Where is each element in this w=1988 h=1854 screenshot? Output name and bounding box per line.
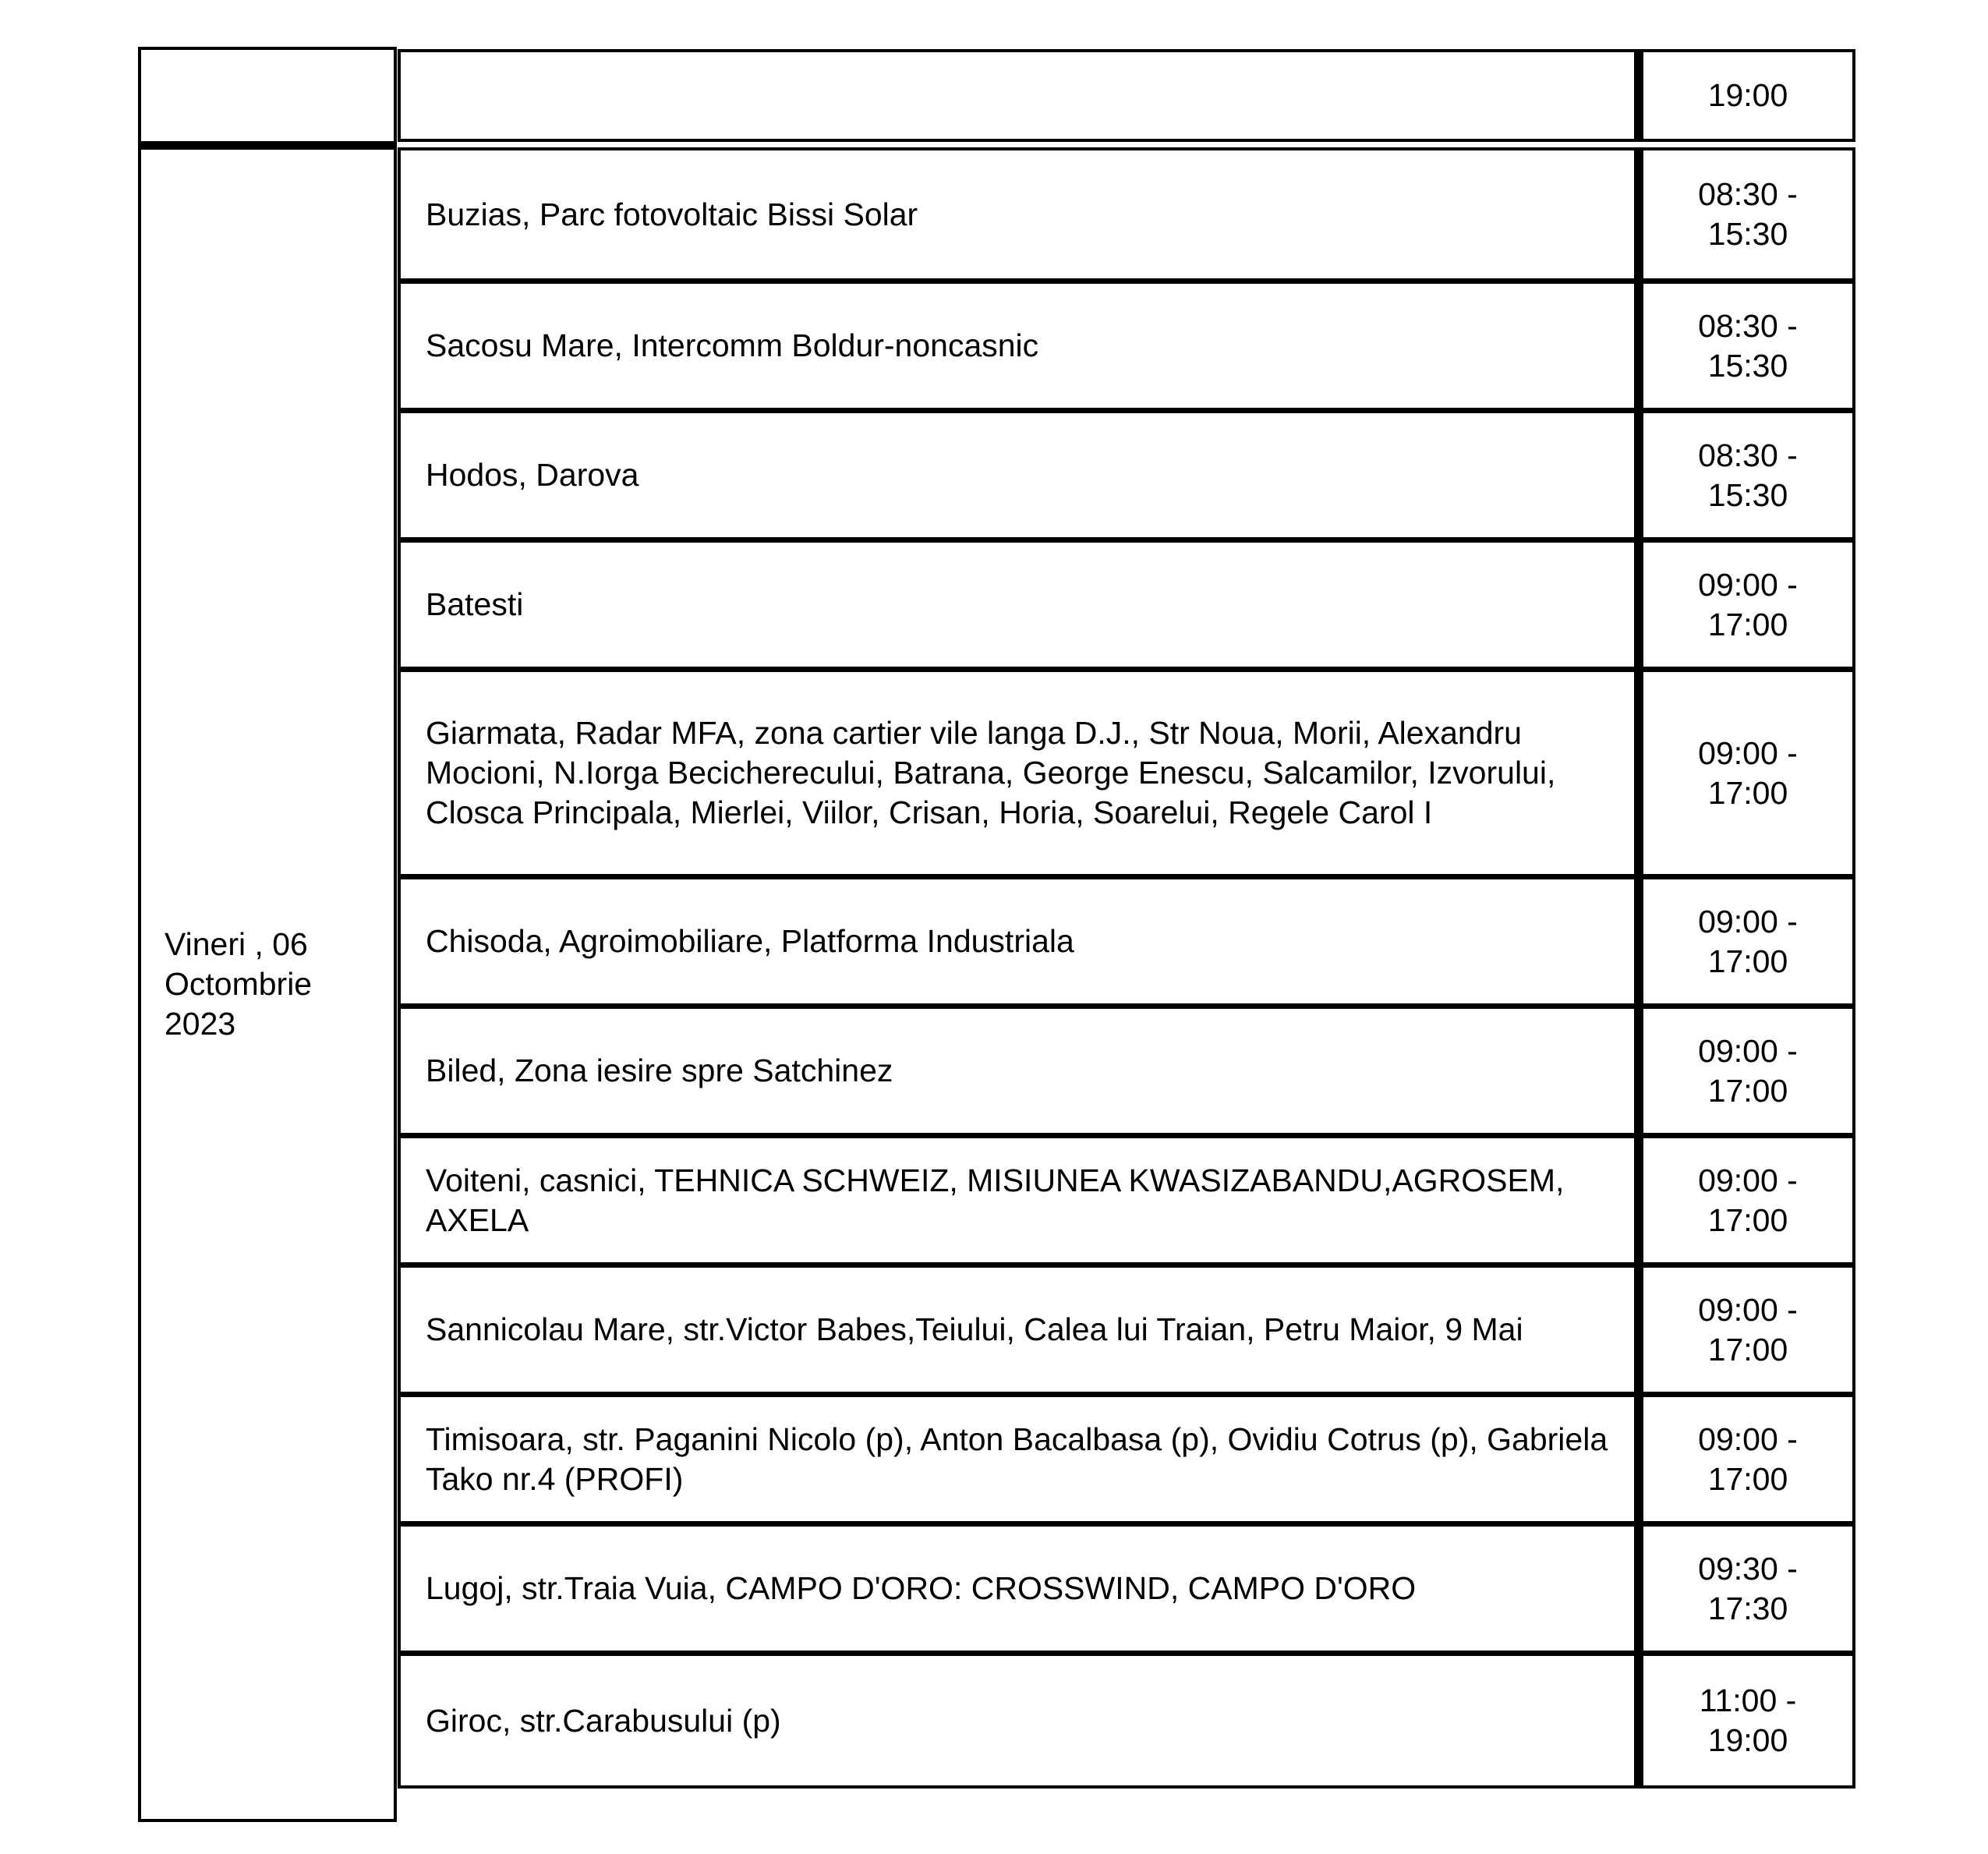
time-cell: 09:00 - 17:00 <box>1637 1262 1855 1395</box>
date-cell-previous <box>138 47 397 144</box>
location-cell: Timisoara, str. Paganini Nicolo (p), Ant… <box>398 1392 1637 1524</box>
table-row: Sacosu Mare, Intercomm Boldur-noncasnic0… <box>398 278 1855 411</box>
location-cell: Sannicolau Mare, str.Victor Babes,Teiulu… <box>398 1262 1637 1395</box>
location-cell <box>398 49 1637 142</box>
location-cell: Chisoda, Agroimobiliare, Platforma Indus… <box>398 874 1637 1007</box>
table-row: Voiteni, casnici, TEHNICA SCHWEIZ, MISIU… <box>398 1133 1855 1265</box>
location-cell: Hodos, Darova <box>398 408 1637 540</box>
time-cell: 09:00 - 17:00 <box>1637 537 1855 670</box>
location-cell: Buzias, Parc fotovoltaic Bissi Solar <box>398 147 1637 281</box>
time-cell: 09:30 - 17:30 <box>1637 1521 1855 1654</box>
location-cell: Sacosu Mare, Intercomm Boldur-noncasnic <box>398 278 1637 411</box>
time-cell: 08:30 - 15:30 <box>1637 408 1855 540</box>
table-row: Chisoda, Agroimobiliare, Platforma Indus… <box>398 874 1855 1007</box>
date-line-month: Octombrie <box>164 964 312 1004</box>
table-row: Lugoj, str.Traia Vuia, CAMPO D'ORO: CROS… <box>398 1521 1855 1654</box>
table-row: Timisoara, str. Paganini Nicolo (p), Ant… <box>398 1392 1855 1524</box>
time-cell: 09:00 - 17:00 <box>1637 874 1855 1007</box>
time-cell: 09:00 - 17:00 <box>1637 1133 1855 1265</box>
table-row-previous: 19:00 <box>398 49 1855 142</box>
date-line-year: 2023 <box>164 1004 312 1044</box>
table-row: Hodos, Darova08:30 - 15:30 <box>398 408 1855 540</box>
location-cell: Lugoj, str.Traia Vuia, CAMPO D'ORO: CROS… <box>398 1521 1637 1654</box>
location-cell: Giroc, str.Carabusului (p) <box>398 1651 1637 1789</box>
time-cell: 09:00 - 17:00 <box>1637 1392 1855 1524</box>
date-cell: Vineri , 06 Octombrie 2023 <box>138 144 397 1822</box>
table-row: Giarmata, Radar MFA, zona cartier vile l… <box>398 667 1855 877</box>
table-row: Batesti09:00 - 17:00 <box>398 537 1855 670</box>
location-cell: Voiteni, casnici, TEHNICA SCHWEIZ, MISIU… <box>398 1133 1637 1265</box>
table-row: Buzias, Parc fotovoltaic Bissi Solar08:3… <box>398 147 1855 281</box>
time-cell: 11:00 - 19:00 <box>1637 1651 1855 1789</box>
time-cell: 08:30 - 15:30 <box>1637 147 1855 281</box>
time-cell: 09:00 - 17:00 <box>1637 1003 1855 1136</box>
location-cell: Biled, Zona iesire spre Satchinez <box>398 1003 1637 1136</box>
date-line-day: Vineri , 06 <box>164 925 312 964</box>
table-row: Biled, Zona iesire spre Satchinez09:00 -… <box>398 1003 1855 1136</box>
time-cell: 19:00 <box>1637 49 1855 142</box>
table-row: Sannicolau Mare, str.Victor Babes,Teiulu… <box>398 1262 1855 1395</box>
location-cell: Batesti <box>398 537 1637 670</box>
location-cell: Giarmata, Radar MFA, zona cartier vile l… <box>398 667 1637 877</box>
table-row: Giroc, str.Carabusului (p)11:00 - 19:00 <box>398 1651 1855 1789</box>
time-cell: 08:30 - 15:30 <box>1637 278 1855 411</box>
time-cell: 09:00 - 17:00 <box>1637 667 1855 877</box>
date-label: Vineri , 06 Octombrie 2023 <box>164 150 312 1819</box>
